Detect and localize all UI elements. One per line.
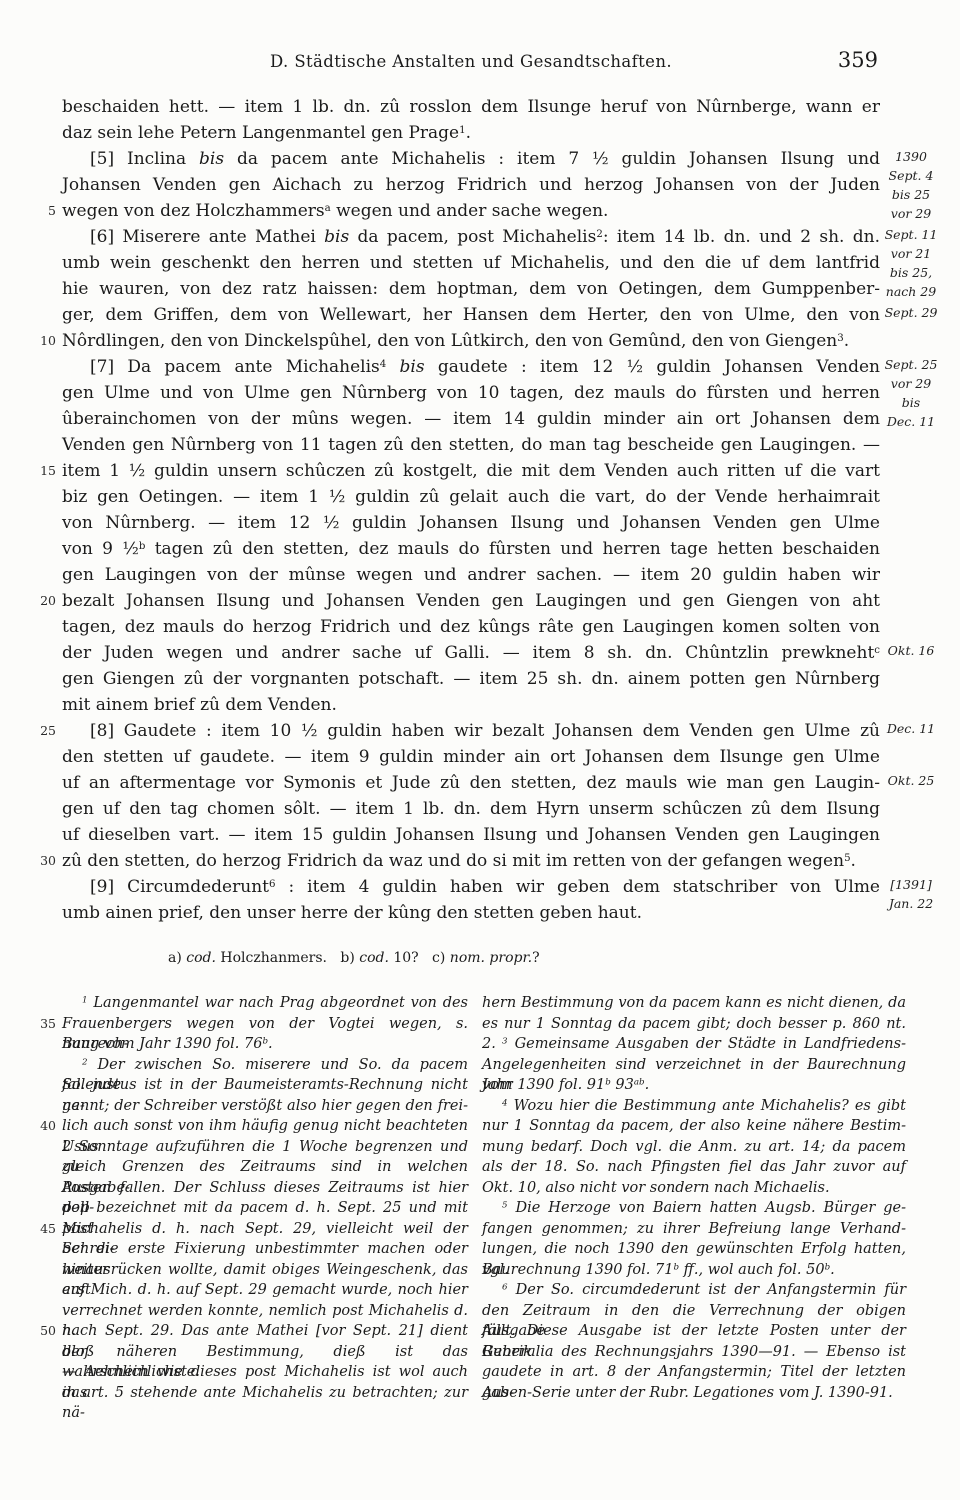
text-line: gen Laugingen von der mûnse wegen und an…	[62, 562, 880, 588]
footnote-text: 4 Wozu hier die Bestimmung ante Michahel…	[502, 1098, 906, 1114]
footnote-text: Jahr 1390 fol. 91b 93ab.	[482, 1077, 649, 1093]
line-text: mit ainem brief zû dem Venden.	[62, 695, 337, 715]
text-line: [5] Inclina bis da pacem ante Michahelis…	[62, 146, 880, 172]
line-text: item 1 ½ guldin unsern schûczen zû kostg…	[62, 461, 880, 481]
footnote-line: 3 Gemeinsame Ausgaben der Städte in Land…	[482, 1034, 906, 1055]
margin-date-note: Sept. 29	[868, 303, 954, 322]
text-line: [7] Da pacem ante Michahelis4 bis gaudet…	[62, 354, 880, 380]
line-number: 45	[36, 1219, 56, 1240]
line-number: 40	[36, 1116, 56, 1137]
footnote-text: Okt. 10, also nicht vor sondern nach Mic…	[482, 1180, 830, 1196]
footnote-line: fangen genommen; zu ihrer Befreiung lang…	[482, 1219, 906, 1240]
book-page-scan: D. Städtische Anstalten und Gesandtschaf…	[0, 0, 960, 1500]
line-text: gen uf den tag chomen sôlt. — item 1 lb.…	[62, 799, 880, 819]
margin-date-note: Dec. 11	[868, 719, 954, 738]
text-line: 10 Nôrdlingen, den von Dinckelspûhel, de…	[62, 328, 880, 354]
text-line: Johansen Venden gen Aichach zu herzog Fr…	[62, 172, 880, 198]
footnote-line: 5 Die Herzoge von Baiern hatten Augsb. B…	[482, 1198, 906, 1219]
line-text: der Juden wegen und andrer sache uf Gall…	[62, 643, 880, 663]
text-line: von 9 ½b tagen zû den stetten, dez mauls…	[62, 536, 880, 562]
text-line: hie wauren, von dez ratz haissen: dem ho…	[62, 276, 880, 302]
footnote-text: 6 Der So. circumdederunt ist der Anfangs…	[502, 1282, 906, 1298]
line-text: wegen von dez Holczhammersa wegen und an…	[62, 201, 608, 221]
footnote-text: auf Mich. d. h. auf Sept. 29 gemacht wur…	[62, 1282, 468, 1298]
footnote-line: nur 1 Sonntag da pacem, der also keine n…	[482, 1116, 906, 1137]
footnote-line: 2 Sonntage aufzuführen die 1 Woche begre…	[62, 1137, 468, 1158]
footnote-text: 1 Langenmantel war nach Prag abgeordnet …	[82, 995, 468, 1011]
margin-date-note: [1391] Jan. 22	[868, 875, 954, 913]
footnote-line: fällt. Diese Ausgabe ist der letzte Post…	[482, 1321, 906, 1342]
page-number: 359	[838, 48, 878, 72]
page-header: D. Städtische Anstalten und Gesandtschaf…	[62, 52, 880, 71]
footnote-line: lungen, die noch 1390 den gewünschten Er…	[482, 1239, 906, 1260]
text-line: uf dieselben vart. — item 15 guldin Joha…	[62, 822, 880, 848]
line-number: 50	[36, 1321, 56, 1342]
text-line: den stetten uf gaudete. — item 9 guldin …	[62, 744, 880, 770]
text-line: [6] Miserere ante Mathei bis da pacem, p…	[62, 224, 880, 250]
line-text: biz gen Oetingen. — item 1 ½ guldin zû g…	[62, 487, 880, 507]
line-text: bezalt Johansen Ilsung und Johansen Vend…	[62, 591, 880, 611]
footnote-line: gaudete in art. 8 der Anfangstermin; Tit…	[482, 1362, 906, 1383]
apparatus-note: a) cod. Holczhanmers. b) cod. 10? c) nom…	[168, 950, 540, 966]
line-number: 20	[34, 588, 56, 614]
line-text: den stetten uf gaudete. — item 9 guldin …	[62, 747, 880, 767]
line-text: [8] Gaudete : item 10 ½ guldin haben wir…	[90, 721, 880, 741]
footnote-text: als der 18. So. nach Pfingsten fiel das …	[482, 1159, 906, 1175]
footnote-text: nung vom Jahr 1390 fol. 76b.	[62, 1036, 273, 1052]
text-line: [9] Circumdederunt6 : item 4 guldin habe…	[62, 874, 880, 900]
text-line: ger, dem Griffen, dem von Wellewart, her…	[62, 302, 880, 328]
line-text: von Nûrnberg. — item 12 ½ guldin Johanse…	[62, 513, 880, 533]
footnote-line: mung bedarf. Doch vgl. die Anm. zu art. …	[482, 1137, 906, 1158]
line-text: daz sein lehe Petern Langenmantel gen Pr…	[62, 123, 471, 143]
line-number: 10	[34, 328, 56, 354]
text-line: 5 wegen von dez Holczhammersa wegen und …	[62, 198, 880, 224]
line-number: 25	[34, 718, 56, 744]
footnote-line: 35 Frauenbergers wegen von der Vogtei we…	[62, 1014, 468, 1035]
footnote-line: 40 lich auch sonst von ihm häufig genug …	[62, 1116, 468, 1137]
line-text: uf dieselben vart. — item 15 guldin Joha…	[62, 825, 880, 845]
footnote-line: 2 Der zwischen So. miserere und So. da p…	[62, 1055, 468, 1076]
footnote-line: — Aehnlich wie dieses post Michahelis is…	[62, 1362, 468, 1383]
line-text: von 9 ½b tagen zû den stetten, dez mauls…	[62, 539, 880, 559]
text-line: daz sein lehe Petern Langenmantel gen Pr…	[62, 120, 880, 146]
text-line: mit ainem brief zû dem Venden.	[62, 692, 880, 718]
line-text: Johansen Venden gen Aichach zu herzog Fr…	[62, 175, 880, 195]
footnote-text: in art. 5 stehende ante Michahelis zu be…	[62, 1385, 468, 1422]
footnote-text: hern Bestimmung von da pacem kann es nic…	[482, 995, 906, 1011]
text-line: beschaiden hett. — item 1 lb. dn. zû ros…	[62, 94, 880, 120]
footnote-line: verrechnet werden konnte, nemlich post M…	[62, 1301, 468, 1322]
text-line: uf an aftermentage vor Symonis et Jude z…	[62, 770, 880, 796]
line-text: beschaiden hett. — item 1 lb. dn. zû ros…	[62, 97, 880, 117]
margin-date-note: 1390 Sept. 4 bis 25 vor 29	[868, 147, 954, 223]
footnote-text: Generalia des Rechnungsjahrs 1390—91. — …	[482, 1344, 906, 1360]
footnote-text: gaben-Serie unter der Rubr. Legationes v…	[482, 1385, 893, 1401]
line-number: 35	[36, 1014, 56, 1035]
footnote-line: 1 Langenmantel war nach Prag abgeordnet …	[62, 993, 468, 1014]
line-text: ger, dem Griffen, dem von Wellewart, her…	[62, 305, 880, 325]
footnote-line: als der 18. So. nach Pfingsten fiel das …	[482, 1157, 906, 1178]
text-line: 15 item 1 ½ guldin unsern schûczen zû ko…	[62, 458, 880, 484]
line-text: [5] Inclina bis da pacem ante Michahelis…	[90, 149, 880, 169]
text-line: tagen, dez mauls do herzog Fridrich und …	[62, 614, 880, 640]
footnote-line: Generalia des Rechnungsjahrs 1390—91. — …	[482, 1342, 906, 1363]
line-text: ûberainchomen von der mûns wegen. — item…	[62, 409, 880, 429]
text-line: der Juden wegen und andrer sache uf Gall…	[62, 640, 880, 666]
line-text: [6] Miserere ante Mathei bis da pacem, p…	[90, 227, 880, 247]
line-text: Venden gen Nûrnberg von 11 tagen zû den …	[62, 435, 880, 455]
line-text: gen Giengen zû der vorgnanten potschaft.…	[62, 669, 880, 689]
text-line: gen Giengen zû der vorgnanten potschaft.…	[62, 666, 880, 692]
footnote-line: gaben-Serie unter der Rubr. Legationes v…	[482, 1383, 906, 1404]
footnote-line: 6 Der So. circumdederunt ist der Anfangs…	[482, 1280, 906, 1301]
footnotes-left-column: 1 Langenmantel war nach Prag abgeordnet …	[62, 993, 468, 1403]
footnotes-section: 1 Langenmantel war nach Prag abgeordnet …	[62, 993, 906, 1403]
text-line: 25 [8] Gaudete : item 10 ½ guldin haben …	[62, 718, 880, 744]
text-line: 30 zû den stetten, do herzog Fridrich da…	[62, 848, 880, 874]
footnote-line: in art. 5 stehende ante Michahelis zu be…	[62, 1383, 468, 1404]
footnote-line: Okt. 10, also nicht vor sondern nach Mic…	[482, 1178, 906, 1199]
footnote-line: 4 Wozu hier die Bestimmung ante Michahel…	[482, 1096, 906, 1117]
footnote-line: Jahr 1390 fol. 91b 93ab.	[482, 1075, 906, 1096]
text-line: biz gen Oetingen. — item 1 ½ guldin zû g…	[62, 484, 880, 510]
running-title: D. Städtische Anstalten und Gesandtschaf…	[62, 52, 880, 71]
footnote-line: Angelegenheiten sind verzeichnet in der …	[482, 1055, 906, 1076]
footnote-line: auf Mich. d. h. auf Sept. 29 gemacht wur…	[62, 1280, 468, 1301]
footnote-text: nur 1 Sonntag da pacem, der also keine n…	[482, 1118, 906, 1134]
footnote-line: den Zeitraum in den die Verrechnung der …	[482, 1301, 906, 1322]
line-text: hie wauren, von dez ratz haissen: dem ho…	[62, 279, 880, 299]
footnote-line: gleich Grenzen des Zeitraums sind in wel…	[62, 1157, 468, 1178]
footnote-line: Baurechnung 1390 fol. 71b ff., wol auch …	[482, 1260, 906, 1281]
text-line: Venden gen Nûrnberg von 11 tagen zû den …	[62, 432, 880, 458]
text-line: ûberainchomen von der mûns wegen. — item…	[62, 406, 880, 432]
footnote-line: es nur 1 Sonntag da pacem gibt; doch bes…	[482, 1014, 906, 1035]
line-number: 15	[34, 458, 56, 484]
line-text: uf an aftermentage vor Symonis et Jude z…	[62, 773, 880, 793]
margin-date-note: Sept. 25 vor 29 bis Dec. 11	[868, 355, 954, 431]
text-line: von Nûrnberg. — item 12 ½ guldin Johanse…	[62, 510, 880, 536]
footnote-line: pell bezeichnet mit da pacem d. h. Sept.…	[62, 1198, 468, 1219]
line-number: 30	[34, 848, 56, 874]
text-line: 20 bezalt Johansen Ilsung und Johansen V…	[62, 588, 880, 614]
footnote-line: hinausrücken wollte, damit obiges Weinge…	[62, 1260, 468, 1281]
footnote-text: nannt; der Schreiber verstößt also hier …	[62, 1098, 468, 1114]
footnotes-right-column: hern Bestimmung von da pacem kann es nic…	[482, 993, 906, 1403]
footnote-text: mung bedarf. Doch vgl. die Anm. zu art. …	[482, 1139, 906, 1155]
line-text: [9] Circumdederunt6 : item 4 guldin habe…	[90, 877, 880, 897]
footnote-line: 45 Michahelis d. h. nach Sept. 29, viell…	[62, 1219, 468, 1240]
line-text: tagen, dez mauls do herzog Fridrich und …	[62, 617, 880, 637]
footnote-text: Baurechnung 1390 fol. 71b ff., wol auch …	[482, 1262, 835, 1278]
line-text: zû den stetten, do herzog Fridrich da wa…	[62, 851, 856, 871]
footnote-line: So. justus ist in der Baumeisteramts-Rec…	[62, 1075, 468, 1096]
margin-date-note: Sept. 11 vor 21 bis 25, nach 29	[868, 225, 954, 301]
text-line: gen uf den tag chomen sôlt. — item 1 lb.…	[62, 796, 880, 822]
footnote-line: hern Bestimmung von da pacem kann es nic…	[482, 993, 906, 1014]
line-text: gen Laugingen von der mûnse wegen und an…	[62, 565, 880, 585]
footnote-line: nannt; der Schreiber verstößt also hier …	[62, 1096, 468, 1117]
line-number: 5	[34, 198, 56, 224]
text-line: umb ainen prief, den unser herre der kûn…	[62, 900, 880, 926]
line-text: gen Ulme und von Ulme gen Nûrnberg von 1…	[62, 383, 880, 403]
text-line: gen Ulme und von Ulme gen Nûrnberg von 1…	[62, 380, 880, 406]
main-text-block: beschaiden hett. — item 1 lb. dn. zû ros…	[62, 94, 880, 926]
text-line: umb wein geschenkt den herren und stette…	[62, 250, 880, 276]
line-text: umb ainen prief, den unser herre der kûn…	[62, 903, 642, 923]
margin-date-note: Okt. 25	[868, 771, 954, 790]
footnote-line: Posten fallen. Der Schluss dieses Zeitra…	[62, 1178, 468, 1199]
footnote-line: nung vom Jahr 1390 fol. 76b.	[62, 1034, 468, 1055]
footnote-text: fangen genommen; zu ihrer Befreiung lang…	[482, 1221, 906, 1237]
footnote-line: ber die erste Fixierung unbestimmter mac…	[62, 1239, 468, 1260]
footnote-line: der näheren Bestimmung, dieß ist das wah…	[62, 1342, 468, 1363]
line-text: umb wein geschenkt den herren und stette…	[62, 253, 880, 273]
margin-date-note: Okt. 16	[868, 641, 954, 660]
footnote-text: 3 Gemeinsame Ausgaben der Städte in Land…	[502, 1036, 906, 1052]
footnote-line: 50 nach Sept. 29. Das ante Mathei [vor S…	[62, 1321, 468, 1342]
line-text: Nôrdlingen, den von Dinckelspûhel, den v…	[62, 331, 849, 351]
line-text: [7] Da pacem ante Michahelis4 bis gaudet…	[90, 357, 880, 377]
footnote-text: 5 Die Herzoge von Baiern hatten Augsb. B…	[502, 1200, 906, 1216]
